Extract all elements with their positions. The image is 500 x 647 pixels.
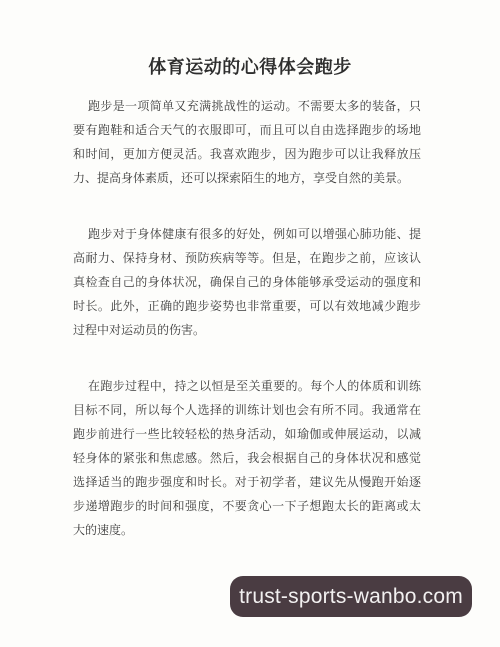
watermark-url-text: trust-sports-wanbo.com — [239, 585, 463, 609]
text-line: 高耐力、保持身材、预防疾病等等。但是，在跑步之前，应该认 — [73, 246, 421, 270]
text-line: 时长。此外，正确的跑步姿势也非常重要，可以有效地减少跑步 — [73, 294, 421, 318]
text-line: 步递增跑步的时间和强度，不要贪心一下子想跑太长的距离或太 — [73, 494, 421, 518]
paragraph-3: 在跑步过程中，持之以恒是至关重要的。每个人的体质和训练 目标不同，所以每个人选择… — [73, 374, 421, 542]
text-line: 跑步是一项简单又充满挑战性的运动。不需要太多的装备，只 — [73, 94, 421, 118]
text-line: 选择适当的跑步强度和时长。对于初学者，建议先从慢跑开始逐 — [73, 470, 421, 494]
text-line: 大的速度。 — [73, 518, 421, 542]
paragraph-2: 跑步对于身体健康有很多的好处，例如可以增强心肺功能、提 高耐力、保持身材、预防疾… — [73, 222, 421, 342]
paragraph-1: 跑步是一项简单又充满挑战性的运动。不需要太多的装备，只 要有跑鞋和适合天气的衣服… — [73, 94, 421, 190]
text-line: 和时间，更加方便灵活。我喜欢跑步，因为跑步可以让我释放压 — [73, 142, 421, 166]
document-title: 体育运动的心得体会跑步 — [0, 0, 500, 80]
text-line: 轻身体的紧张和焦虑感。然后，我会根据自己的身体状况和感觉 — [73, 446, 421, 470]
text-line: 力、提高身体素质，还可以探索陌生的地方，享受自然的美景。 — [73, 166, 421, 190]
watermark-link-pill[interactable]: trust-sports-wanbo.com — [230, 576, 472, 617]
document-page: 体育运动的心得体会跑步 跑步是一项简单又充满挑战性的运动。不需要太多的装备，只 … — [0, 0, 500, 647]
text-line: 要有跑鞋和适合天气的衣服即可，而且可以自由选择跑步的场地 — [73, 118, 421, 142]
text-line: 跑步前进行一些比较轻松的热身活动，如瑜伽或伸展运动，以减 — [73, 422, 421, 446]
text-line: 在跑步过程中，持之以恒是至关重要的。每个人的体质和训练 — [73, 374, 421, 398]
text-line: 真检查自己的身体状况，确保自己的身体能够承受运动的强度和 — [73, 270, 421, 294]
text-line: 目标不同，所以每个人选择的训练计划也会有所不同。我通常在 — [73, 398, 421, 422]
text-line: 跑步对于身体健康有很多的好处，例如可以增强心肺功能、提 — [73, 222, 421, 246]
text-line: 过程中对运动员的伤害。 — [73, 318, 421, 342]
